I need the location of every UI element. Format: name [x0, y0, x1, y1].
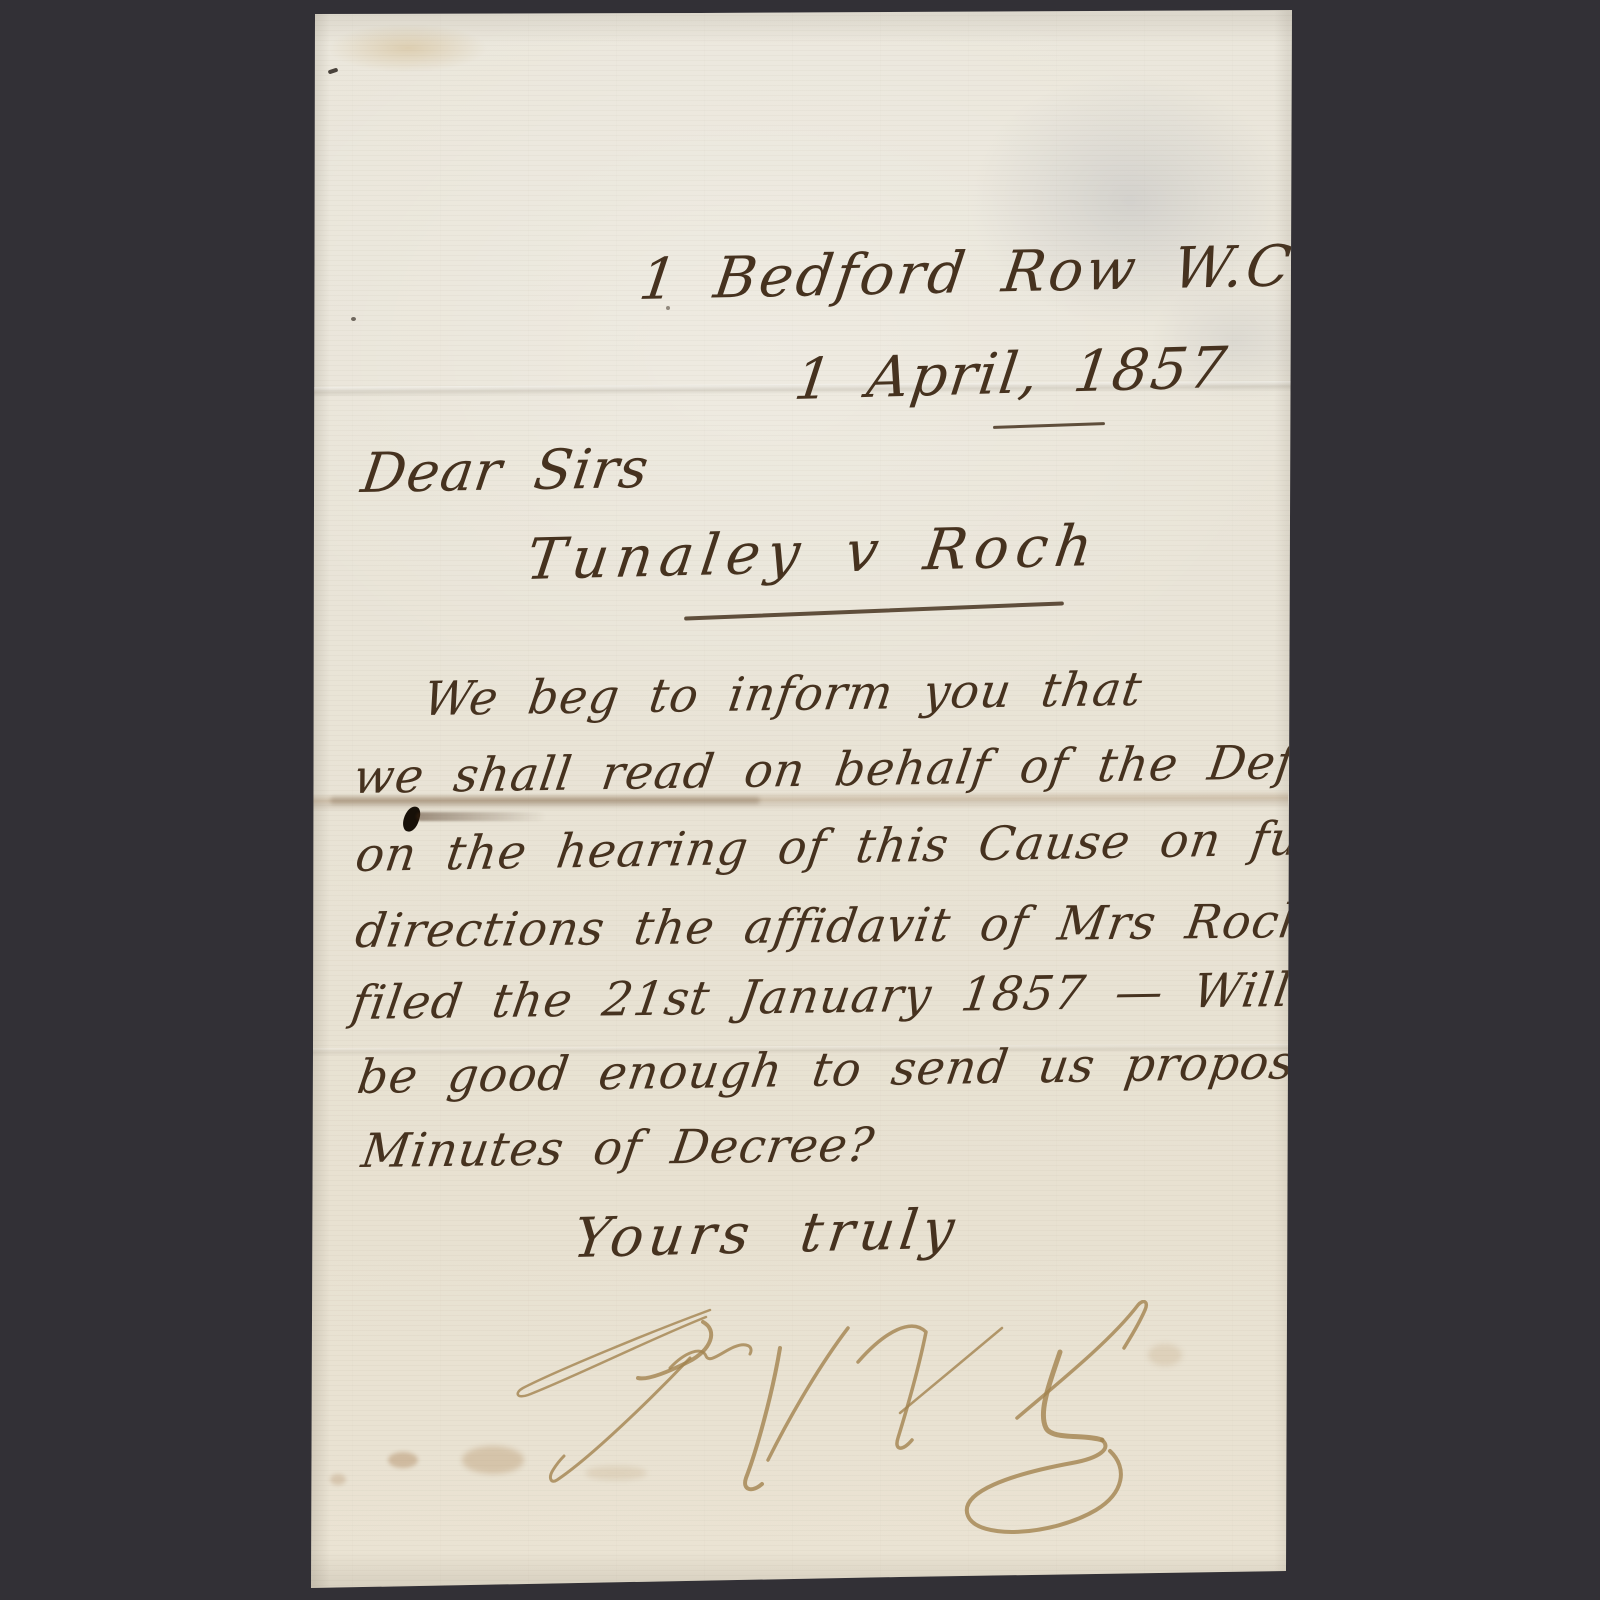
- body-line: directions the affidavit of Mrs Roch: [352, 894, 1315, 959]
- paper-speck: [351, 317, 356, 321]
- rust-stain: [388, 1452, 418, 1468]
- closing-line: Yours truly: [570, 1197, 963, 1270]
- photo-stage: 1 Bedford Row W.C. 1 April, 1857 Dear Si…: [0, 0, 1600, 1600]
- body-line: be good enough to send us proposed: [354, 1034, 1359, 1105]
- body-line: We beg to inform you that: [420, 662, 1146, 727]
- body-line: we shall read on behalf of the Defdt: [350, 734, 1349, 805]
- date-flourish-underline: [993, 422, 1105, 429]
- address-line: 1 Bedford Row W.C.: [635, 233, 1316, 313]
- signature-flourish: [450, 1300, 1310, 1570]
- case-title-underline: [684, 601, 1064, 620]
- body-line: Minutes of Decree?: [358, 1118, 878, 1179]
- date-line: 1 April, 1857: [791, 335, 1232, 413]
- ink-blot-smear: [416, 812, 546, 821]
- rust-stain: [330, 1474, 346, 1485]
- salutation: Dear Sirs: [357, 436, 653, 505]
- letter-paper: 1 Bedford Row W.C. 1 April, 1857 Dear Si…: [0, 0, 1600, 1600]
- case-title: Tunaley v Roch: [523, 513, 1104, 593]
- paper-speck: [328, 68, 339, 75]
- body-line: filed the 21st January 1857 — Will you: [348, 961, 1413, 1031]
- body-line: on the hearing of this Cause on further: [352, 809, 1432, 883]
